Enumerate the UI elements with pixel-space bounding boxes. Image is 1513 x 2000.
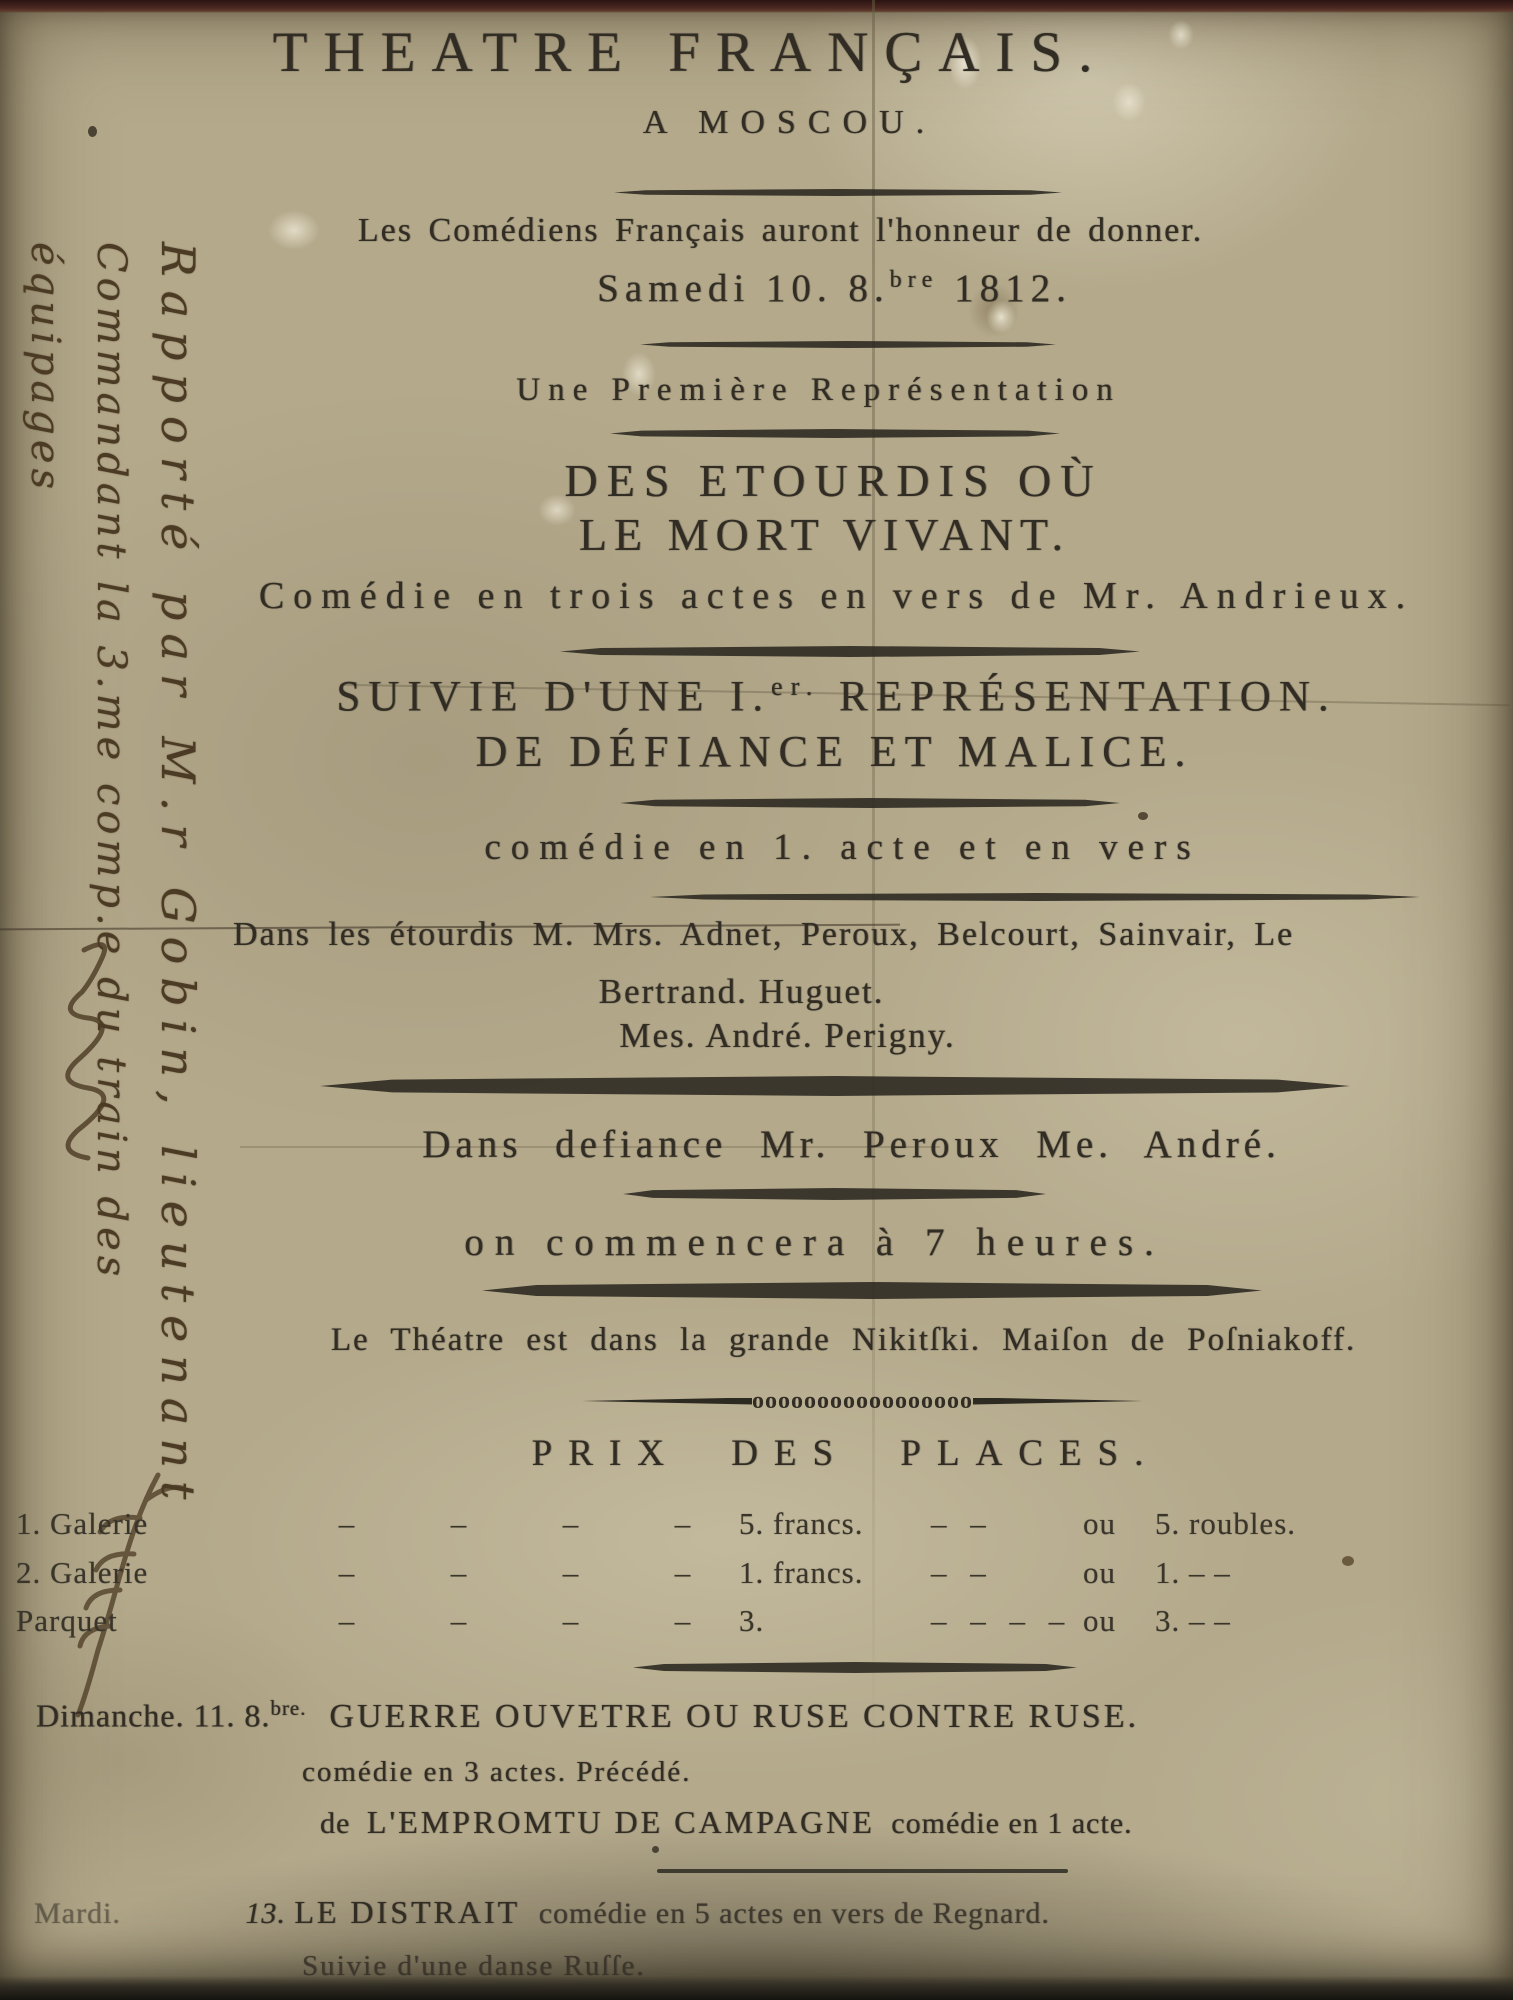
price-dash: – xyxy=(627,1603,739,1639)
heavy-divider-rule xyxy=(320,1076,1350,1096)
cast-defiance-line: Dans defiance Mr. Peroux Me. André. xyxy=(95,1122,1513,1167)
price-francs: 5. francs. xyxy=(739,1506,931,1542)
tuesday-play-title: LE DISTRAIT xyxy=(294,1894,520,1930)
opener-prefix: de xyxy=(320,1807,350,1840)
price-dash: – xyxy=(403,1603,515,1639)
frame-top-edge xyxy=(0,0,1513,13)
sunday-opener-line: de L'EMPROMTU DE CAMPAGNE comédie en 1 a… xyxy=(0,1804,1513,1841)
divider-rule xyxy=(614,189,1062,196)
price-row-galerie-2: 2. Galerie – – – – 1. francs. – – ou 1. … xyxy=(0,1555,1513,1591)
price-dash: – xyxy=(403,1506,515,1542)
date-prefix: Samedi 10. 8. xyxy=(597,267,889,310)
price-dashes: – – xyxy=(931,1555,1083,1591)
price-row-parquet: Parquet – – – – 3. – – – – ou 3. – – xyxy=(0,1603,1513,1639)
price-dash: – xyxy=(403,1555,515,1591)
ornament-circles: ooooooooooooooooo xyxy=(752,1391,973,1411)
price-dash: – xyxy=(627,1506,739,1542)
divider-rule xyxy=(650,893,1420,901)
play1-title-line2: LE MORT VIVANT. xyxy=(68,508,1513,561)
date-year: 1812. xyxy=(954,267,1072,310)
price-roubles: 5. roubles. xyxy=(1155,1506,1296,1542)
date-superscript: bre xyxy=(890,267,939,294)
divider-rule xyxy=(560,646,1140,657)
price-ou: ou xyxy=(1083,1506,1155,1542)
tuesday-day: Mardi. xyxy=(34,1897,121,1930)
price-dash: – xyxy=(515,1603,627,1639)
suivie-suffix: REPRÉSENTATION. xyxy=(839,673,1337,720)
sunday-play-title: GUERRE OUVETRE OU RUSE CONTRE RUSE. xyxy=(329,1698,1139,1735)
divider-rule xyxy=(610,429,1060,438)
cast-etourdis-line3: Mes. André. Perigny. xyxy=(31,1016,1513,1056)
play2-title: DE DÉFIANCE ET MALICE. xyxy=(78,726,1513,777)
date-line: Samedi 10. 8.bre 1812. xyxy=(78,266,1513,311)
announcement-line: Les Comédiens Français auront l'honneur … xyxy=(24,212,1513,250)
price-row-galerie-1: 1. Galerie – – – – 5. francs. – – ou 5. … xyxy=(0,1506,1513,1542)
suivie-line: SUIVIE D'UNE I.er. REPRÉSENTATION. xyxy=(80,672,1513,721)
price-ou: ou xyxy=(1083,1603,1155,1639)
price-label: 2. Galerie xyxy=(0,1555,251,1591)
tuesday-number: 13. xyxy=(245,1897,286,1930)
play2-description: comédie en 1. acte et en vers xyxy=(86,826,1513,869)
play1-title-line1: DES ETOURDIS OÙ xyxy=(77,454,1513,507)
price-label: 1. Galerie xyxy=(0,1506,251,1542)
playbill-title: THEATRE FRANÇAIS. xyxy=(0,20,1447,85)
opener-title: L'EMPROMTU DE CAMPAGNE xyxy=(367,1804,875,1840)
dark-speck xyxy=(1138,812,1148,820)
price-label: Parquet xyxy=(0,1603,251,1639)
ornament-left-bar xyxy=(582,1398,752,1405)
tuesday-description: comédie en 5 actes en vers de Regnard. xyxy=(539,1897,1050,1930)
tuesday-program-line: Mardi. 13. LE DISTRAIT comédie en 5 acte… xyxy=(0,1894,1513,1931)
cast-etourdis-line2: Bertrand. Huguet. xyxy=(0,972,1498,1012)
divider-rule xyxy=(623,1188,1046,1200)
price-dash: – xyxy=(515,1555,627,1591)
price-roubles: 1. – – xyxy=(1155,1555,1231,1591)
price-dashes: – – – – xyxy=(931,1603,1083,1639)
price-roubles: 3. – – xyxy=(1155,1603,1231,1639)
price-dash: – xyxy=(627,1555,739,1591)
ornament-right-bar xyxy=(973,1398,1143,1405)
prices-heading: PRIX DES PLACES. xyxy=(89,1432,1513,1475)
price-dashes: – – xyxy=(931,1506,1083,1542)
opener-suffix: comédie en 1 acte. xyxy=(891,1807,1132,1840)
suivie-superscript: er. xyxy=(771,672,820,702)
city-line: A MOSCOU. xyxy=(33,104,1513,142)
play1-description: Comédie en trois actes en vers de Mr. An… xyxy=(80,574,1513,618)
ornament-divider: ooooooooooooooooo xyxy=(541,1388,1184,1414)
sunday-superscript: bre. xyxy=(270,1696,306,1721)
curtain-time-line: on commencera à 7 heures. xyxy=(58,1220,1513,1265)
price-ou: ou xyxy=(1083,1555,1155,1591)
suivie-prefix: SUIVIE D'UNE I. xyxy=(336,673,771,720)
price-dash: – xyxy=(515,1506,627,1542)
divider-rule xyxy=(633,1662,1077,1673)
premiere-announcement: Une Première Représentation xyxy=(62,372,1513,409)
cast-etourdis-line1: Dans les étourdis M. Mrs. Adnet, Peroux,… xyxy=(7,916,1513,954)
handwriting-line: attaché à la garde Imperiale xyxy=(0,242,12,1517)
price-dash: – xyxy=(291,1506,403,1542)
price-francs: 1. francs. xyxy=(739,1555,931,1591)
price-dash: – xyxy=(291,1603,403,1639)
divider-rule xyxy=(620,798,1120,808)
vertical-fold-crease xyxy=(872,0,875,1760)
heavy-divider-rule xyxy=(482,1282,1262,1299)
dark-speck xyxy=(652,1846,659,1853)
playbill-sheet: Rapporté par M.r Gobin, lieutenant Comma… xyxy=(0,0,1513,2000)
venue-line: Le Théatre est dans la grande Nikitſki. … xyxy=(87,1322,1513,1359)
divider-rule xyxy=(640,341,1056,348)
tuesday-extra-line: Suivie d'une danse Ruſſe. xyxy=(0,1950,1513,1983)
price-francs: 3. xyxy=(739,1603,931,1639)
sunday-date: Dimanche. 11. 8. xyxy=(36,1698,270,1734)
thin-divider-rule xyxy=(657,1869,1068,1873)
price-dash: – xyxy=(291,1555,403,1591)
sunday-program-line: Dimanche. 11. 8.bre. GUERRE OUVETRE OU R… xyxy=(0,1696,1513,1736)
sunday-play-description: comédie en 3 actes. Précédé. xyxy=(0,1756,1513,1789)
